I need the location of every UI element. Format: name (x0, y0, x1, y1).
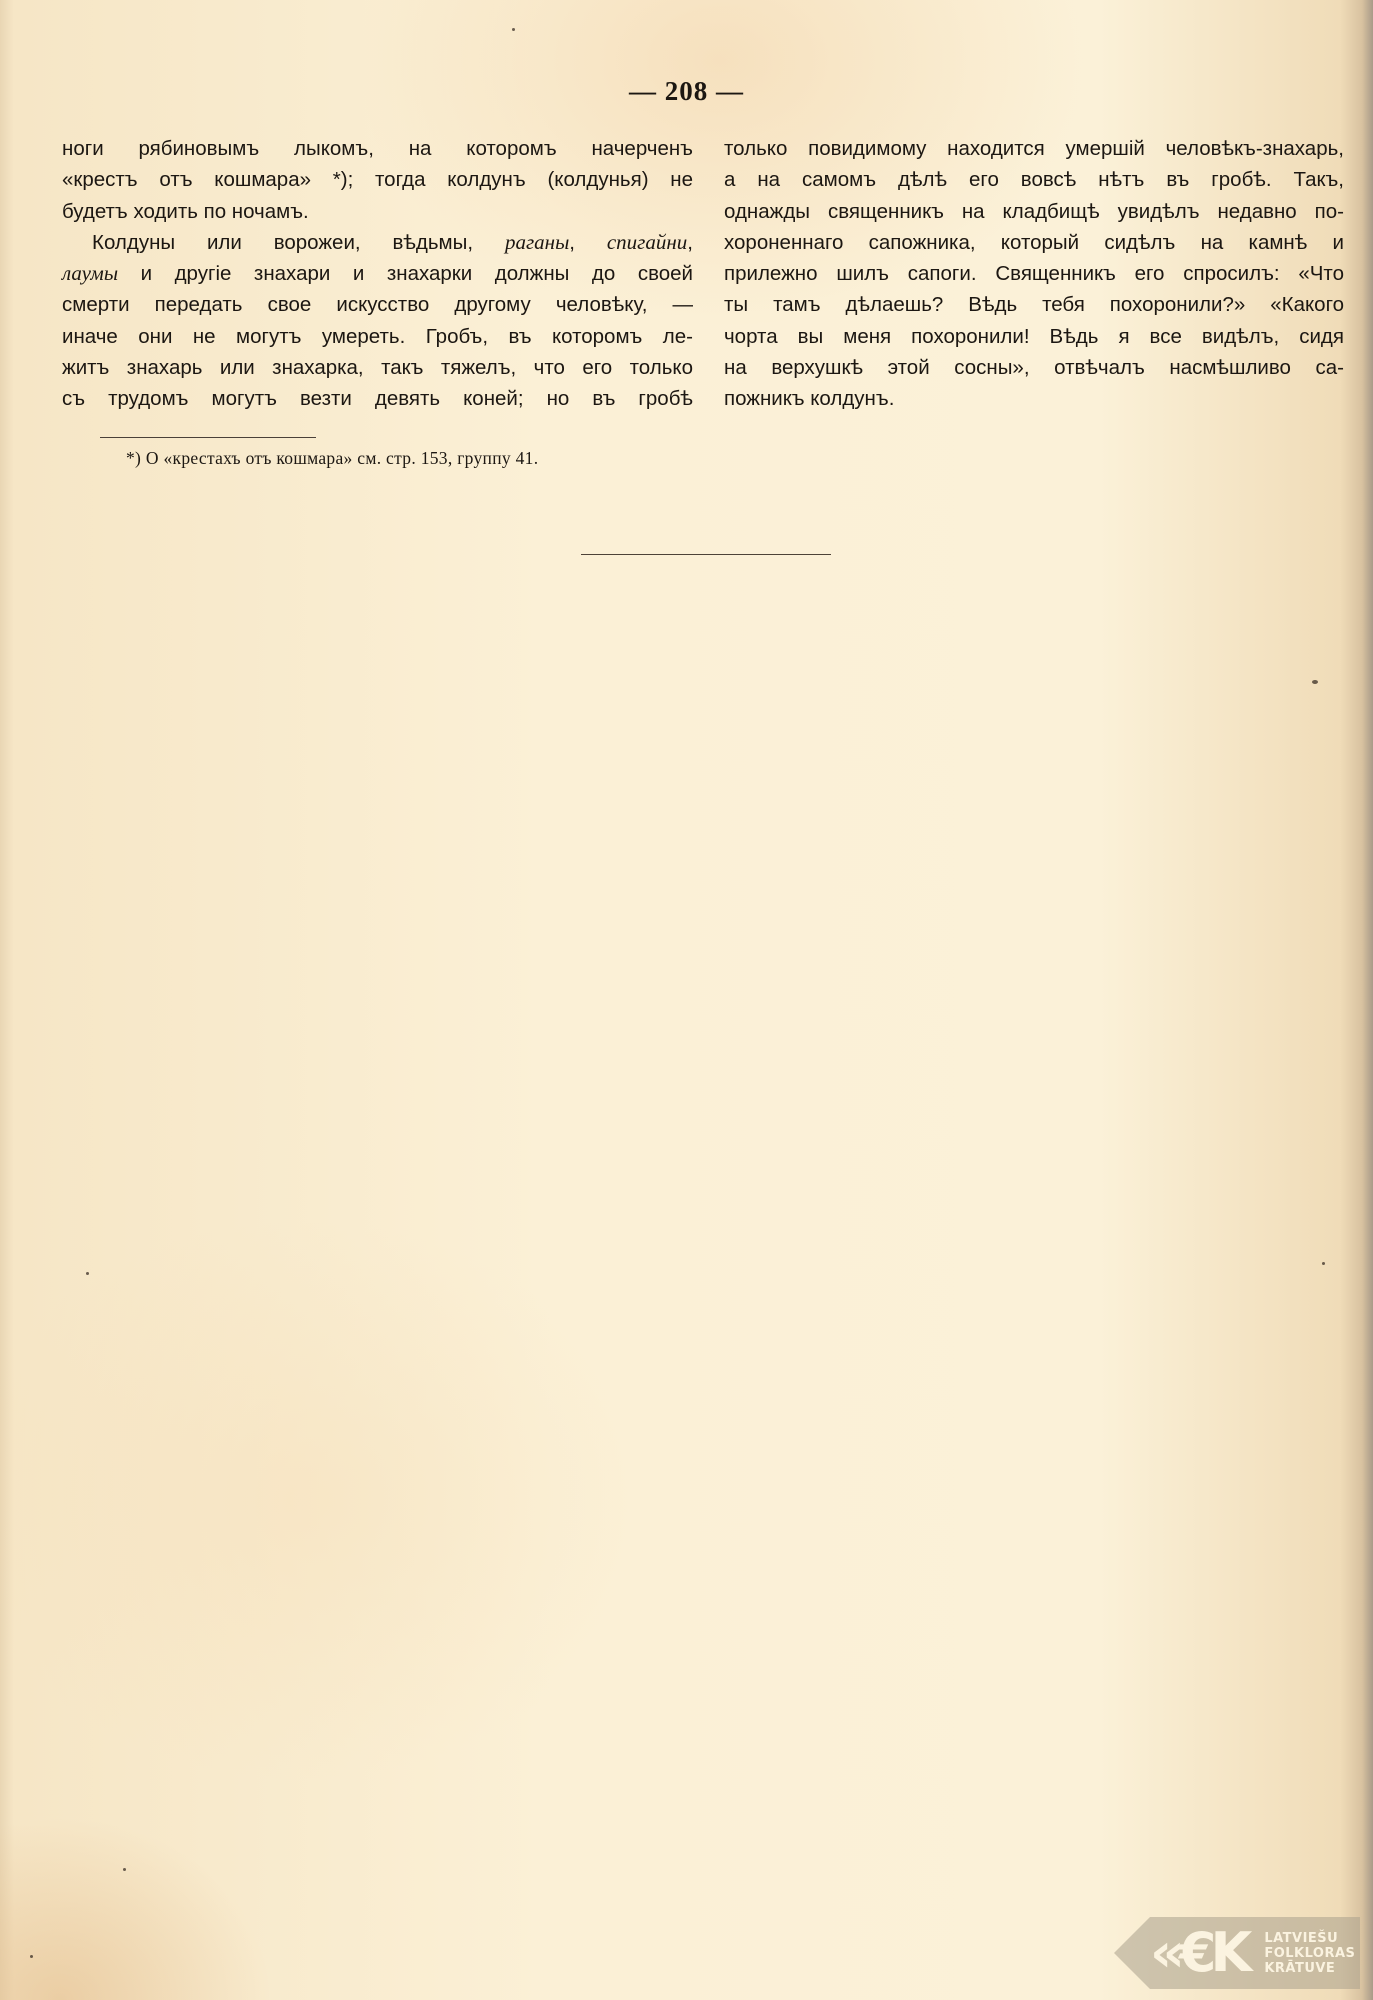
right-column: только повидимому находится умершій чело… (724, 133, 1344, 415)
text-line: житъ знахарь или знахарка, такъ тяжелъ, … (62, 352, 693, 383)
text-line: на верхушкѣ этой сосны», отвѣчалъ насмѣш… (724, 352, 1344, 383)
text-run: , (569, 231, 607, 254)
text-line: будетъ ходить по ночамъ. (62, 196, 693, 227)
paper-speck (30, 1955, 33, 1958)
italic-term-laumy: лаумы (62, 261, 118, 285)
text-line: прилежно шилъ сапоги. Священникъ его спр… (724, 258, 1344, 289)
text-line: иначе они не могутъ умереть. Гробъ, въ к… (62, 321, 693, 352)
text-line: только повидимому находится умершій чело… (724, 133, 1344, 164)
text-line: чорта вы меня похоронили! Вѣдь я все вид… (724, 321, 1344, 352)
text-line: ноги рябиновымъ лыкомъ, на которомъ наче… (62, 133, 693, 164)
text-line: пожникъ колдунъ. (724, 383, 1344, 414)
paper-speck (1312, 680, 1318, 684)
paper-speck (123, 1868, 126, 1871)
lfk-logo-icon: «€K (1150, 1917, 1246, 1989)
paper-speck (1322, 1262, 1325, 1265)
text-line: хороненнаго сапожника, который сидѣлъ на… (724, 227, 1344, 258)
paper-speck (512, 28, 515, 31)
text-line: Колдуны или ворожеи, вѣдьмы, раганы, спи… (62, 227, 693, 258)
text-run: и другіе знахари и знахарки должны до св… (118, 262, 693, 285)
text-line: лаумы и другіе знахари и знахарки должны… (62, 258, 693, 289)
text-run: , (687, 231, 693, 254)
archive-watermark: «€K LATVIEŠU FOLKLORAS KRĀTUVE (1114, 1917, 1360, 1989)
left-column: ноги рябиновымъ лыкомъ, на которомъ наче… (62, 133, 693, 415)
watermark-line: LATVIEŠU (1264, 1931, 1355, 1946)
footnote: *) О «крестахъ отъ кошмара» см. стр. 153… (126, 448, 538, 469)
page-number: — 208 — (0, 76, 1373, 107)
watermark-text: LATVIEŠU FOLKLORAS KRĀTUVE (1264, 1931, 1355, 1976)
text-line: «крестъ отъ кошмара» *); тогда колдунъ (… (62, 164, 693, 195)
text-line: смерти передать свое искусство другому ч… (62, 289, 693, 320)
paper-speck (86, 1272, 89, 1275)
text-line: а на самомъ дѣлѣ его вовсѣ нѣтъ въ гробѣ… (724, 164, 1344, 195)
watermark-line: FOLKLORAS (1264, 1946, 1355, 1961)
italic-term-ragany: раганы (505, 230, 569, 254)
section-end-divider (581, 554, 831, 555)
text-run: Колдуны или ворожеи, вѣдьмы, (92, 231, 505, 254)
text-line: ты тамъ дѣлаешь? Вѣдь тебя похоронили?» … (724, 289, 1344, 320)
text-line: съ трудомъ могутъ везти девять коней; но… (62, 383, 693, 414)
footnote-divider (100, 437, 316, 438)
italic-term-spigaini: спигайни (607, 230, 687, 254)
text-line: однажды священникъ на кладбищѣ увидѣлъ н… (724, 196, 1344, 227)
watermark-line: KRĀTUVE (1264, 1961, 1355, 1976)
